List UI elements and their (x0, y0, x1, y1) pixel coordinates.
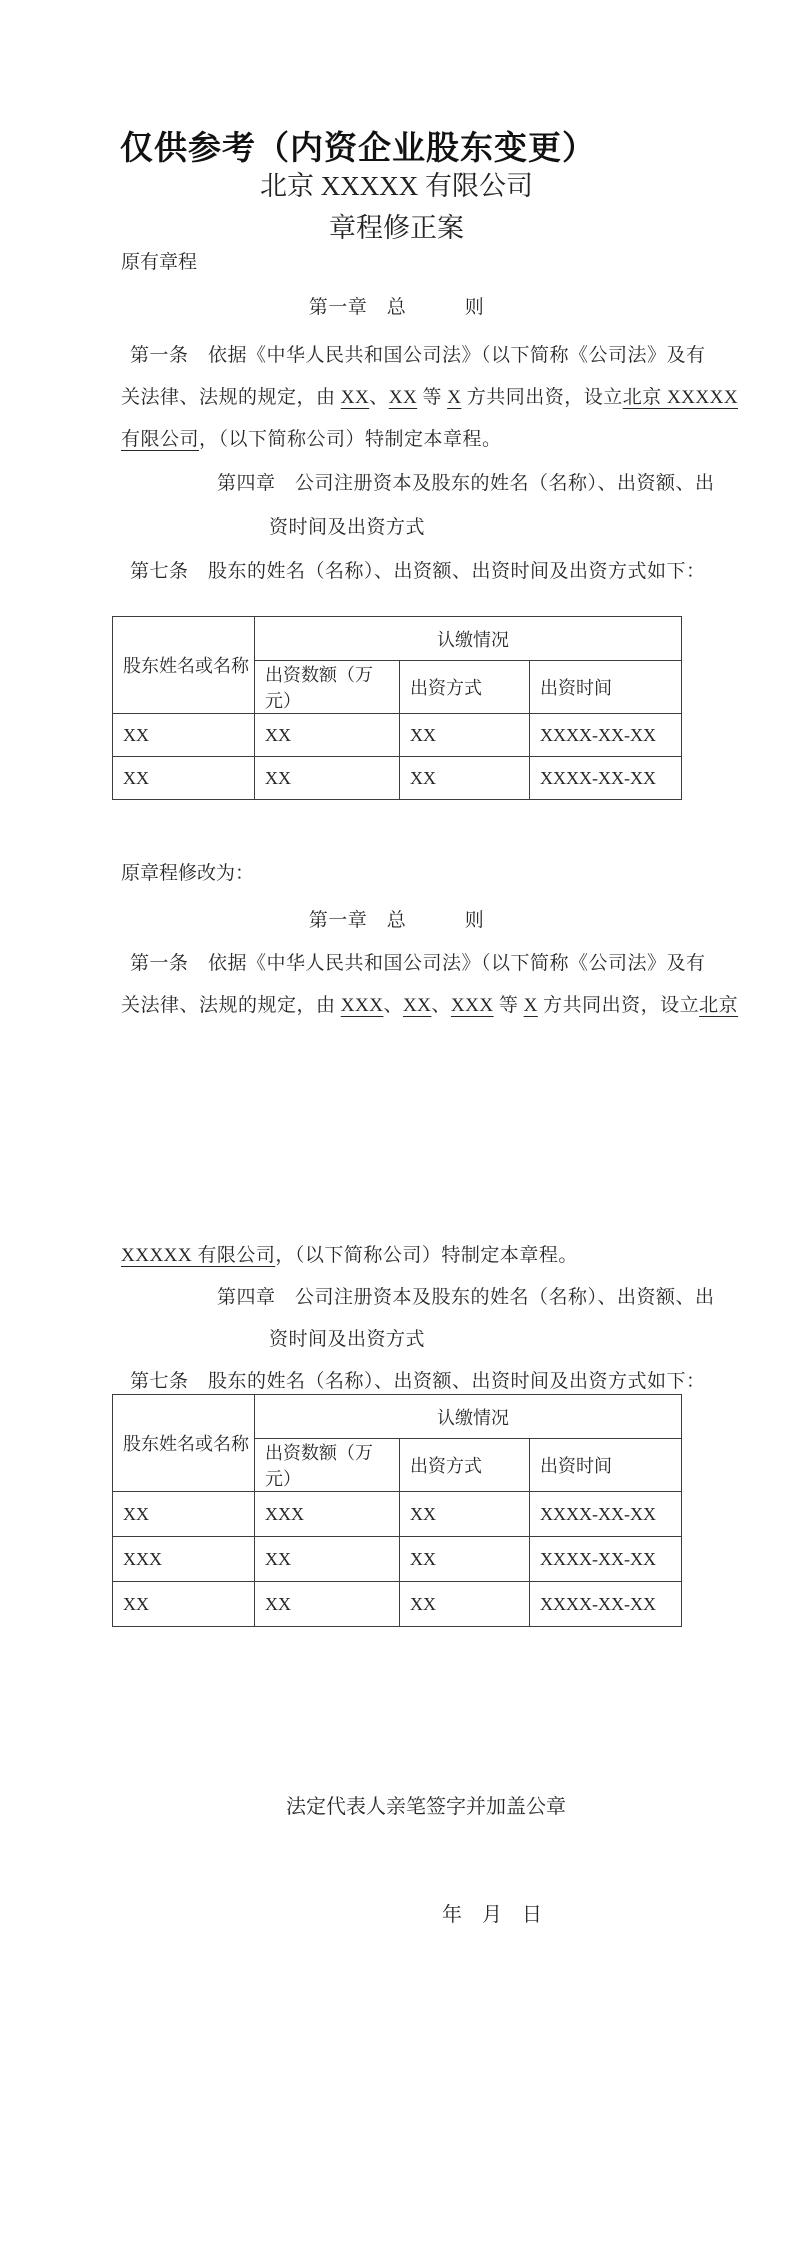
amended-shareholders-table: 股东姓名或名称 认缴情况 出资数额（万元） 出资方式 出资时间 XX XXX X… (112, 1394, 682, 1627)
table-cell: XXX (113, 1537, 255, 1582)
original-shareholders-table: 股东姓名或名称 认缴情况 出资数额（万元） 出资方式 出资时间 XX XX XX… (112, 616, 682, 800)
table-cell: XX (113, 1582, 255, 1627)
table-row: XX XX XX XXXX-XX-XX (113, 1582, 682, 1627)
article7-line: 第七条 股东的姓名（名称）、出资额、出资时间及出资方式如下： (130, 556, 706, 583)
article1-line: 关法律、法规的规定，由 XX、XX 等 X 方共同出资，设立北京 XXXXX (121, 382, 738, 409)
table-cell: XXXX-XX-XX (530, 1492, 682, 1537)
table-cell-method-header: 出资方式 (400, 1439, 530, 1492)
table-cell: XXXX-XX-XX (530, 1537, 682, 1582)
table-cell: XX (400, 1582, 530, 1627)
date-line: 年 月 日 (442, 1898, 542, 1927)
amended-charter-label: 原章程修改为： (121, 858, 254, 885)
table-cell: XX (400, 714, 530, 757)
chapter4-heading-line: 第四章 公司注册资本及股东的姓名（名称）、出资额、出 (217, 1282, 715, 1309)
table-cell-amount-header: 出资数额（万元） (255, 661, 400, 714)
table-cell: XX (113, 1492, 255, 1537)
table-cell: XX (400, 1492, 530, 1537)
chapter1-heading: 第一章 总 则 (0, 292, 793, 319)
table-cell: XX (113, 757, 255, 800)
table-cell-subscription-header: 认缴情况 (255, 617, 682, 661)
article1-line: XXXXX 有限公司，（以下简称公司）特制定本章程。 (121, 1240, 578, 1267)
table-row: XX XX XX XXXX-XX-XX (113, 714, 682, 757)
table-cell: XX (255, 1537, 400, 1582)
company-title: 北京 XXXXX 有限公司 (0, 164, 793, 203)
table-cell-amount-header: 出资数额（万元） (255, 1439, 400, 1492)
original-charter-label: 原有章程 (121, 247, 197, 274)
table-cell: XXXX-XX-XX (530, 1582, 682, 1627)
table-cell: XX (255, 714, 400, 757)
table-cell-time-header: 出资时间 (530, 661, 682, 714)
notice-title: 仅供参考（内资企业股东变更） (120, 122, 596, 169)
doc-title: 章程修正案 (0, 206, 793, 245)
table-row: 股东姓名或名称 认缴情况 (113, 617, 682, 661)
article1-line: 第一条 依据《中华人民共和国公司法》（以下简称《公司法》及有 (130, 948, 706, 975)
article1-line: 第一条 依据《中华人民共和国公司法》（以下简称《公司法》及有 (130, 340, 706, 367)
table-cell: XX (255, 757, 400, 800)
chapter4-heading-line: 资时间及出资方式 (269, 512, 425, 539)
table-row: XX XXX XX XXXX-XX-XX (113, 1492, 682, 1537)
table-row: XX XX XX XXXX-XX-XX (113, 757, 682, 800)
table-row: XXX XX XX XXXX-XX-XX (113, 1537, 682, 1582)
table-cell-subscription-header: 认缴情况 (255, 1395, 682, 1439)
charter-amendment-document: 仅供参考（内资企业股东变更） 北京 XXXXX 有限公司 章程修正案 原有章程 … (0, 0, 793, 2244)
table-cell: XX (113, 714, 255, 757)
table-cell: XX (400, 1537, 530, 1582)
table-cell-shareholder-header: 股东姓名或名称 (113, 1395, 255, 1492)
table-cell-method-header: 出资方式 (400, 661, 530, 714)
table-cell: XXXX-XX-XX (530, 714, 682, 757)
signature-instruction: 法定代表人亲笔签字并加盖公章 (286, 1790, 566, 1819)
article1-line: 有限公司，（以下简称公司）特制定本章程。 (121, 424, 502, 451)
chapter4-heading-line: 第四章 公司注册资本及股东的姓名（名称）、出资额、出 (217, 468, 715, 495)
table-cell: XX (400, 757, 530, 800)
article7-line: 第七条 股东的姓名（名称）、出资额、出资时间及出资方式如下： (130, 1366, 706, 1393)
table-cell-shareholder-header: 股东姓名或名称 (113, 617, 255, 714)
table-cell: XX (255, 1582, 400, 1627)
table-cell: XXX (255, 1492, 400, 1537)
chapter1-heading: 第一章 总 则 (0, 905, 793, 932)
table-cell: XXXX-XX-XX (530, 757, 682, 800)
article1-line: 关法律、法规的规定，由 XXX、XX、XXX 等 X 方共同出资，设立北京 (121, 990, 738, 1017)
chapter4-heading-line: 资时间及出资方式 (269, 1324, 425, 1351)
table-cell-time-header: 出资时间 (530, 1439, 682, 1492)
table-row: 股东姓名或名称 认缴情况 (113, 1395, 682, 1439)
